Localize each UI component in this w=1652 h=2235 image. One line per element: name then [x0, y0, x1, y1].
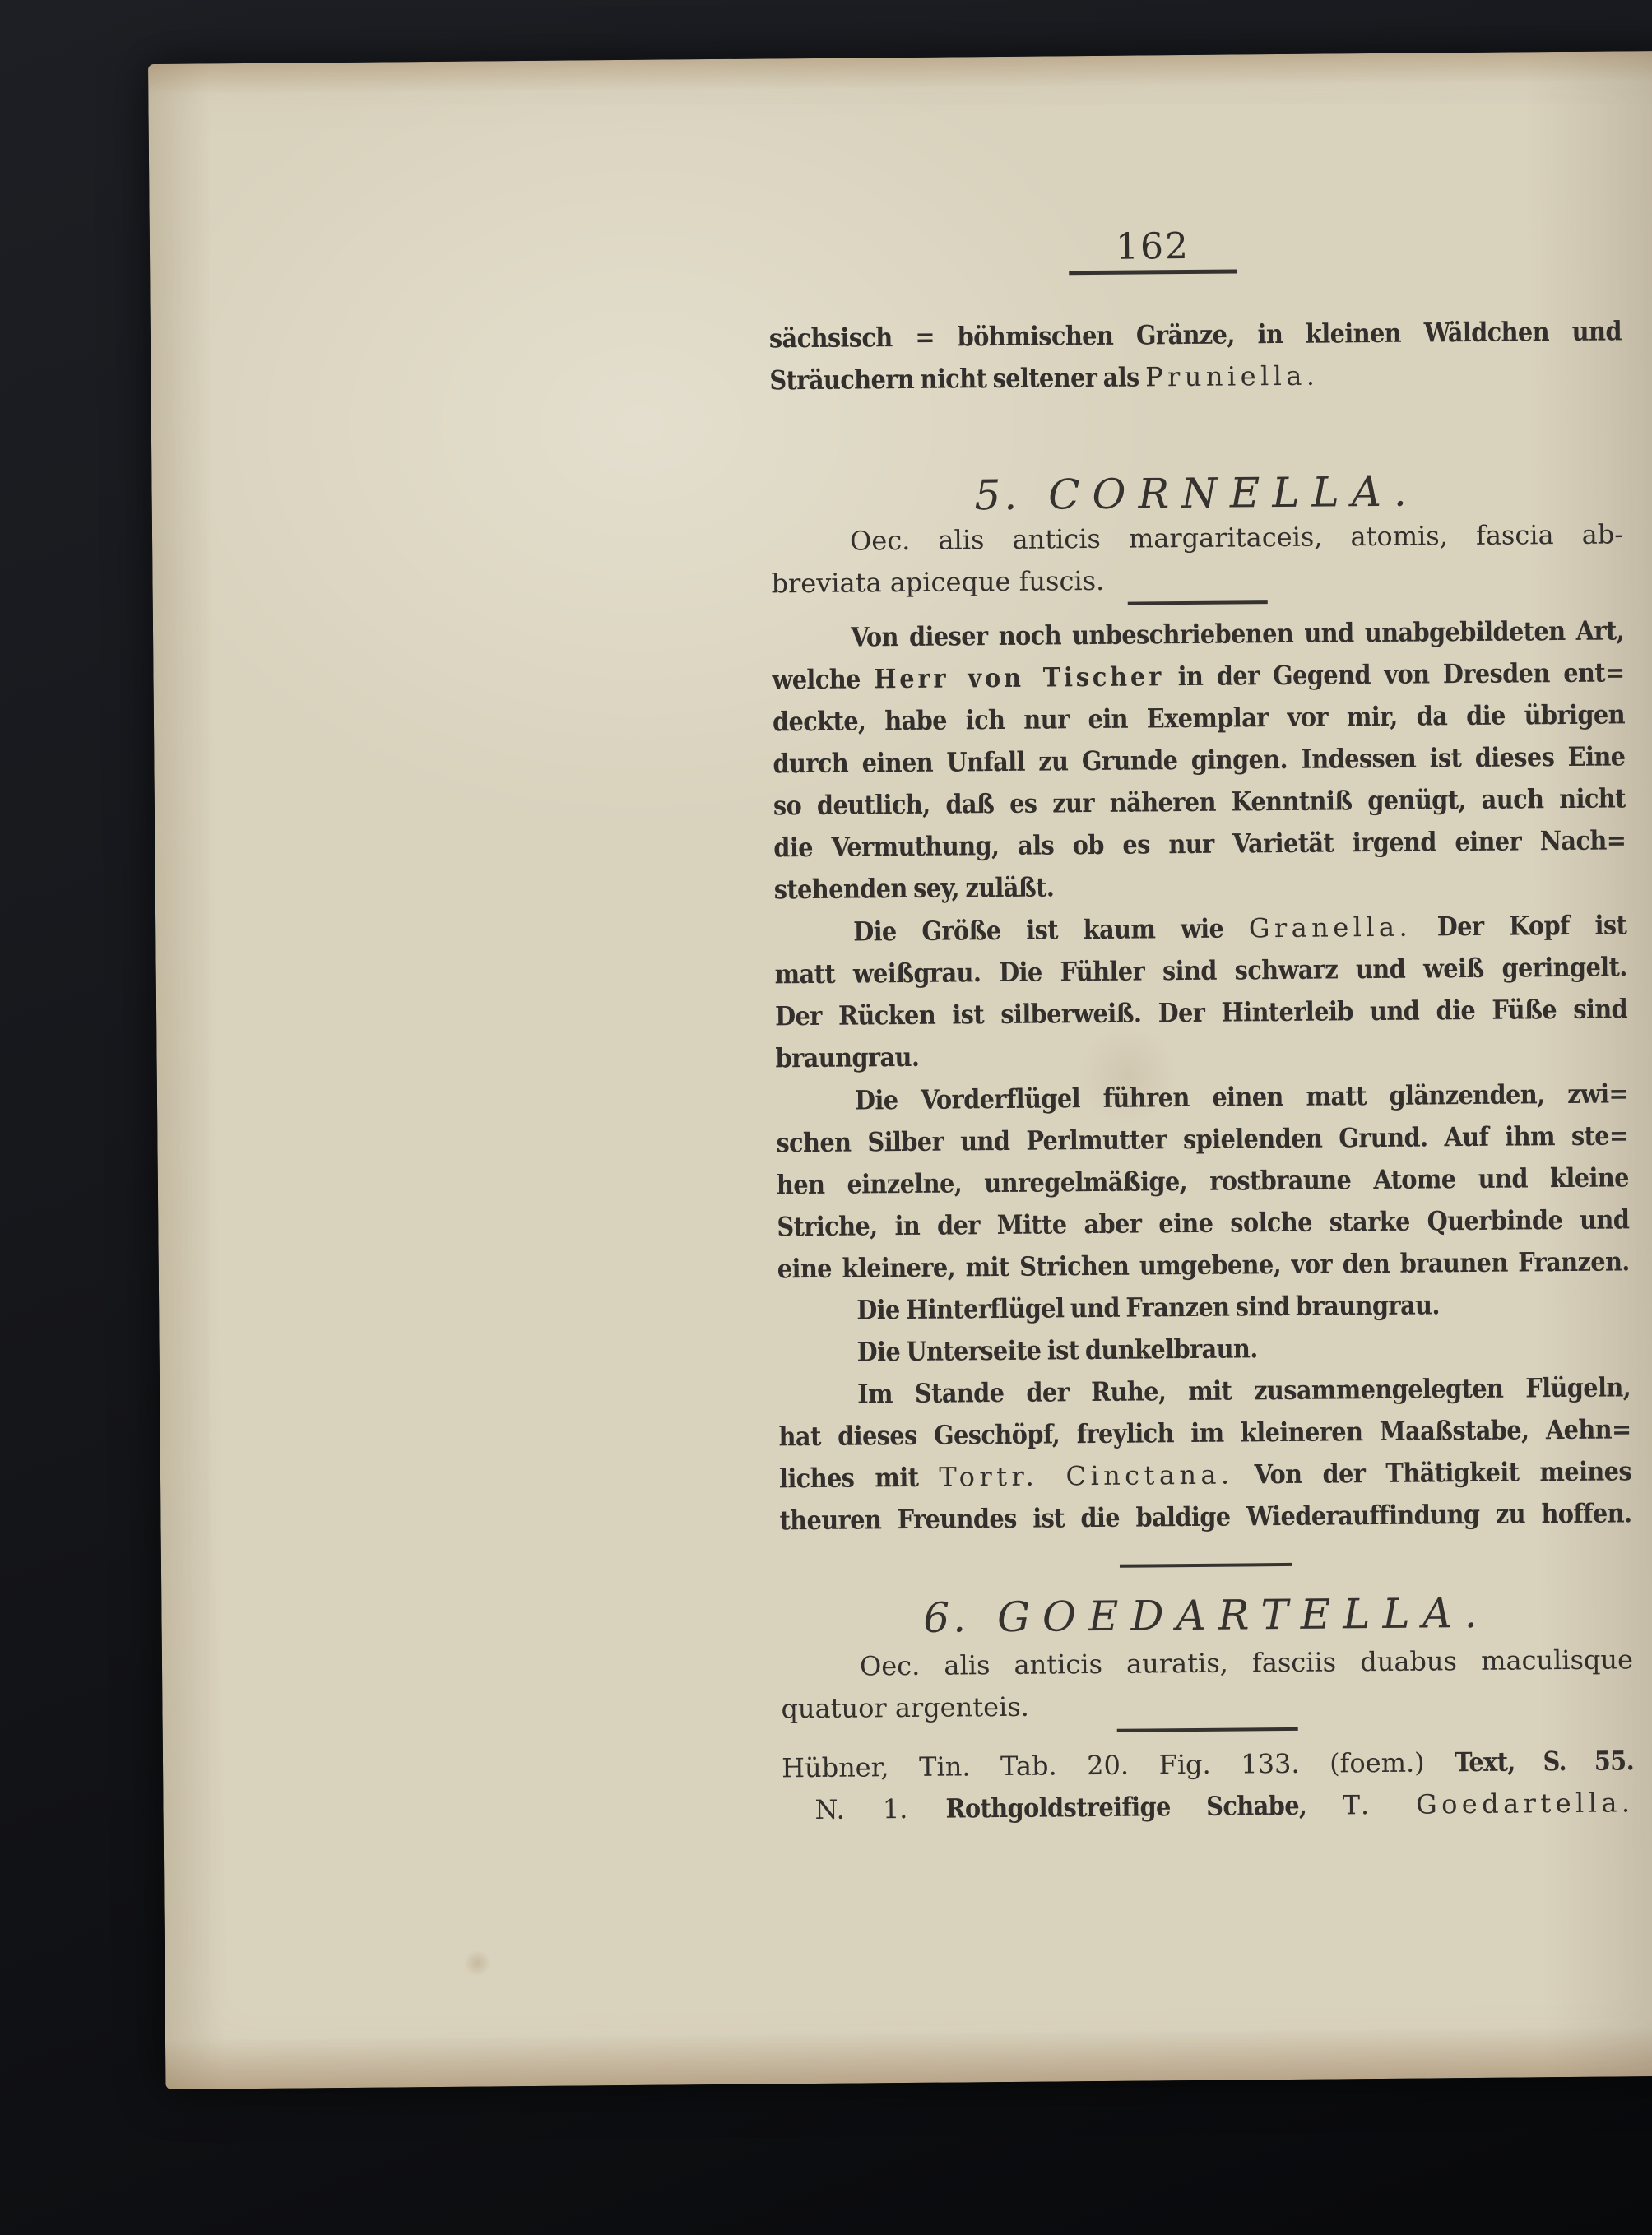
body-text: braungrau. [775, 1041, 919, 1074]
citation-text: N. 1. [814, 1793, 945, 1825]
body-text: sächsisch = böhmischen Gränze, in kleine… [769, 315, 1622, 354]
body-text: matt weißgrau. Die Fühler sind schwarz u… [775, 951, 1627, 990]
text-line: Die Unterseite ist dunkelbraun. [777, 1324, 1630, 1374]
section-title: GOEDARTELLA. [997, 1589, 1490, 1641]
latin-diagnosis: quatuor argenteis. [781, 1691, 1029, 1725]
section-title: CORNELLA. [1048, 468, 1419, 519]
body-text: hat dieses Geschöpf, freylich im kleiner… [778, 1413, 1631, 1452]
citation-text: Hübner, Tin. Tab. 20. Fig. 133. (foem.) [782, 1746, 1455, 1783]
body-text: Von der Thätigkeit meines [1233, 1455, 1631, 1490]
page-number: 162 [1069, 225, 1237, 275]
body-text: Von dieser noch unbeschriebenen und unab… [851, 614, 1624, 652]
text-line: hat dieses Geschöpf, freylich im kleiner… [778, 1408, 1631, 1458]
german-common-name: Rothgoldstreifige Schabe, [945, 1789, 1343, 1824]
text-line: braungrau. [775, 1030, 1627, 1079]
body-text: schen Silber und Perlmutter spielenden G… [776, 1120, 1628, 1158]
body-text: Der Rücken ist silberweiß. Der Hinterlei… [775, 993, 1627, 1032]
text-line: hen einzelne, unregelmäßige, rostbraune … [777, 1157, 1629, 1206]
text-line: durch einen Unfall zu Grunde gingen. Ind… [773, 735, 1625, 785]
body-text: welche [772, 663, 874, 695]
section-divider [780, 1560, 1632, 1574]
text-line: theuren Freundes ist die baldige Wiedera… [779, 1492, 1631, 1542]
body-text: so deutlich, daß es zur näheren Kenntniß… [773, 782, 1626, 821]
citation-text: Text, S. 55. [1455, 1745, 1634, 1778]
text-line: stehenden sey, zuläßt. [774, 861, 1626, 911]
latin-diagnosis: Oec. alis anticis auratis, fasciis duabu… [860, 1644, 1633, 1681]
text-line: Der Rücken ist silberweiß. Der Hinterlei… [775, 988, 1627, 1037]
body-text: Die Unterseite ist dunkelbraun. [857, 1333, 1258, 1367]
body-text: Im Stande der Ruhe, mit zusammengelegten… [857, 1371, 1631, 1409]
body-text: Der Kopf ist [1412, 909, 1626, 942]
person-name: Herr von Tischer [874, 661, 1164, 694]
body-text: die Vermuthung, als ob es nur Varietät i… [773, 824, 1626, 863]
text-line: schen Silber und Perlmutter spielenden G… [776, 1115, 1628, 1164]
text-column: 162 sächsisch = böhmischen Gränze, in kl… [768, 222, 1635, 1831]
latin-diagnosis: Oec. alis anticis margaritaceis, atomis,… [850, 518, 1623, 556]
reference-line: N. 1. Rothgoldstreifige Schabe, T. Goeda… [782, 1782, 1634, 1831]
text-line: liches mit Tortr. Cinctana. Von der Thät… [779, 1450, 1631, 1500]
text-line: Oec. alis anticis margaritaceis, atomis,… [771, 513, 1623, 563]
scan-background: { "pg": "162", "intro": { "l1a": "sächsi… [0, 0, 1652, 2235]
section-heading-cornella: 5.CORNELLA. [770, 466, 1622, 520]
body-text: hen einzelne, unregelmäßige, rostbraune … [777, 1162, 1629, 1200]
body-text: liches mit [779, 1462, 940, 1495]
species-name: Granella. [1249, 911, 1412, 944]
latin-diagnosis: breviata apiceque fuscis. [771, 565, 1104, 600]
text-line: Die Hinterflügel und Franzen sind braung… [777, 1282, 1630, 1332]
text-line: Striche, in der Mitte aber eine solche s… [777, 1199, 1629, 1248]
text-line: die Vermuthung, als ob es nur Varietät i… [773, 819, 1626, 869]
body-text: Die Größe ist kaum wie [853, 912, 1249, 947]
section-number: 6. [923, 1593, 969, 1641]
text-line: matt weißgrau. Die Fühler sind schwarz u… [774, 946, 1626, 995]
body-text: Striche, in der Mitte aber eine solche s… [777, 1203, 1629, 1242]
species-name: Tortr. Cinctana. [939, 1459, 1234, 1493]
text-line: sächsisch = böhmischen Gränze, in kleine… [769, 310, 1622, 359]
text-line: Die Vorderflügel führen einen matt glänz… [776, 1073, 1628, 1122]
reference-line: Hübner, Tin. Tab. 20. Fig. 133. (foem.) … [782, 1740, 1634, 1789]
text-line: quatuor argenteis. [781, 1681, 1633, 1730]
text-line: deckte, habe ich nur ein Exemplar vor mi… [773, 693, 1625, 743]
body-text: stehenden sey, zuläßt. [774, 871, 1055, 905]
text-line: breviata apiceque fuscis. [771, 555, 1623, 605]
species-name: Pruniella. [1145, 360, 1320, 393]
species-name: T. Goedartella. [1343, 1787, 1635, 1820]
text-line: welche Herr von Tischer in der Gegend vo… [772, 651, 1624, 701]
text-line: Die Größe ist kaum wie Granella. Der Kop… [774, 904, 1626, 953]
text-line: eine kleinere, mit Strichen umgebene, vo… [777, 1240, 1630, 1290]
body-text: durch einen Unfall zu Grunde gingen. Ind… [773, 740, 1625, 779]
text-line: so deutlich, daß es zur näheren Kenntniß… [773, 777, 1626, 827]
book-page: 162 sächsisch = böhmischen Gränze, in kl… [148, 51, 1652, 2089]
text-line: Sträuchern nicht seltener als Pruniella. [769, 352, 1622, 401]
body-text: Die Hinterflügel und Franzen sind braung… [856, 1289, 1440, 1325]
body-text: deckte, habe ich nur ein Exemplar vor mi… [773, 698, 1625, 737]
body-text: theuren Freundes ist die baldige Wiedera… [779, 1497, 1631, 1536]
body-text: Sträuchern nicht seltener als [769, 361, 1145, 396]
section-number: 5. [974, 471, 1020, 519]
section-heading-goedartella: 6.GOEDARTELLA. [780, 1588, 1632, 1642]
text-line: Oec. alis anticis auratis, fasciis duabu… [781, 1639, 1633, 1688]
text-line: Von dieser noch unbeschriebenen und unab… [772, 610, 1624, 659]
body-text: in der Gegend von Dresden ent= [1164, 656, 1625, 692]
body-text: Die Vorderflügel führen einen matt glänz… [855, 1078, 1628, 1115]
text-line: Im Stande der Ruhe, mit zusammengelegten… [778, 1366, 1631, 1416]
body-text: eine kleinere, mit Strichen umgebene, vo… [777, 1245, 1630, 1284]
